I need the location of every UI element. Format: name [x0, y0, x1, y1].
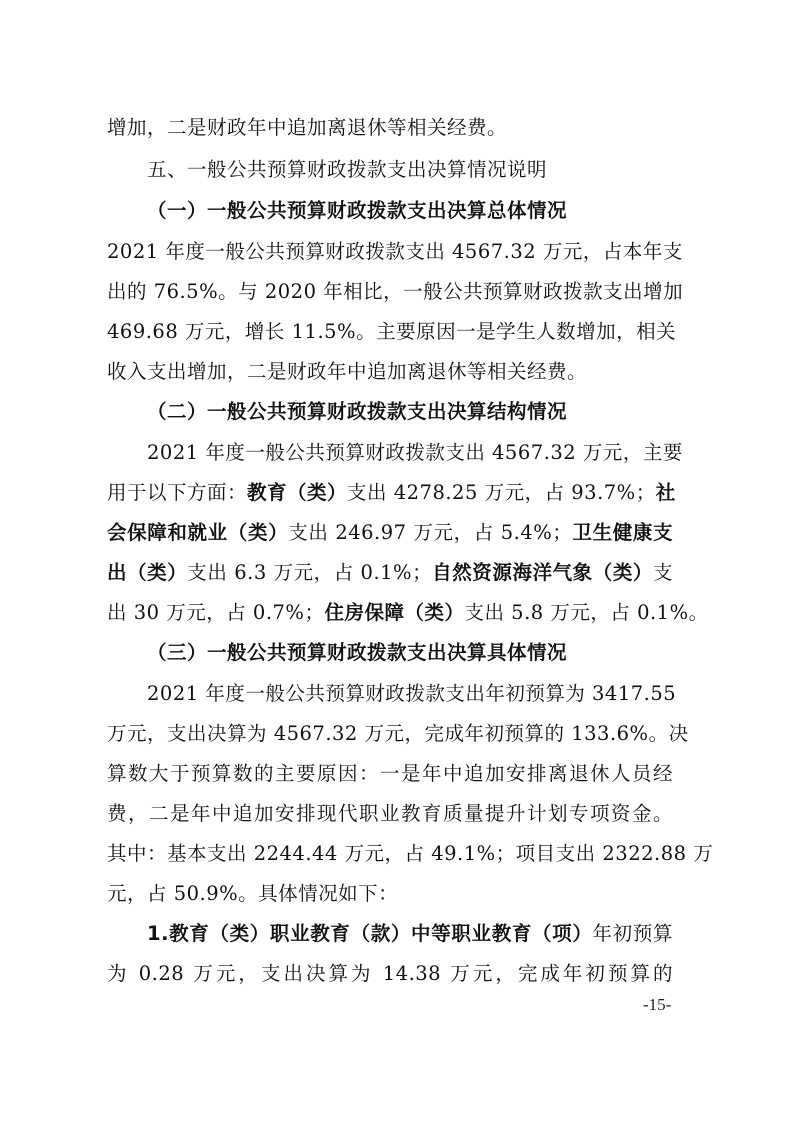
paragraph-line: 增加，二是财政年中追加离退休等相关经费。 — [107, 108, 673, 148]
item-title: 1.教育（类）职业教育（款）中等职业教育（项） — [147, 922, 593, 945]
paragraph-line: 会保障和就业（类）支出 246.97 万元，占 5.4%；卫生健康支 — [107, 513, 673, 553]
text-run: 支 — [653, 561, 673, 584]
section-heading-5: 五、一般公共预算财政拨款支出决算情况说明 — [147, 150, 713, 190]
item-heading-1: 1.教育（类）职业教育（款）中等职业教育（项）年初预算 — [147, 914, 673, 954]
text-run: 支出 4278.25 万元，占 93.7%； — [347, 481, 656, 504]
paragraph-line: 用于以下方面：教育（类）支出 4278.25 万元，占 93.7%；社 — [107, 473, 673, 513]
category-social-security-label: 会保障和就业（类） — [107, 521, 288, 544]
paragraph-line: 其中：基本支出 2244.44 万元，占 49.1%；项目支出 2322.88 … — [107, 834, 673, 874]
category-health-label: 出（类） — [107, 561, 187, 584]
paragraph-line: 万元，支出决算为 4567.32 万元，完成年初预算的 133.6%。决 — [107, 714, 673, 754]
page-number: -15- — [643, 995, 671, 1015]
category-natural-resources-label: 自然资源海洋气象（类） — [432, 561, 653, 584]
text-run: 支出 5.8 万元，占 0.1%。 — [464, 601, 708, 624]
subsection-heading-3: （三）一般公共预算财政拨款支出决算具体情况 — [147, 633, 713, 673]
paragraph-line: 2021 年度一般公共预算财政拨款支出 4567.32 万元，主要 — [147, 433, 673, 473]
text-run: 年初预算 — [593, 922, 673, 945]
subsection-heading-2: （二）一般公共预算财政拨款支出决算结构情况 — [147, 392, 713, 432]
category-health-label: 卫生健康支 — [572, 521, 673, 544]
document-page: 增加，二是财政年中追加离退休等相关经费。 五、一般公共预算财政拨款支出决算情况说… — [0, 0, 794, 1123]
category-housing-label: 住房保障（类） — [324, 601, 464, 624]
subsection-heading-1: （一）一般公共预算财政拨款支出决算总体情况 — [147, 191, 713, 231]
category-education-label: 教育（类） — [247, 481, 347, 504]
text-run: 支出 246.97 万元，占 5.4%； — [288, 521, 572, 544]
paragraph-line: 元，占 50.9%。具体情况如下： — [107, 874, 673, 914]
paragraph-line: 为 0.28 万元，支出决算为 14.38 万元，完成年初预算的 — [107, 954, 673, 994]
paragraph-line: 2021 年度一般公共预算财政拨款支出 4567.32 万元，占本年支 — [107, 232, 673, 272]
paragraph-line: 出的 76.5%。与 2020 年相比，一般公共预算财政拨款支出增加 — [107, 272, 673, 312]
paragraph-line: 出（类）支出 6.3 万元，占 0.1%；自然资源海洋气象（类）支 — [107, 553, 673, 593]
paragraph-line: 算数大于预算数的主要原因：一是年中追加安排离退休人员经 — [107, 754, 673, 794]
paragraph-line: 收入支出增加，二是财政年中追加离退休等相关经费。 — [107, 352, 673, 392]
paragraph-line: 469.68 万元，增长 11.5%。主要原因一是学生人数增加，相关 — [107, 312, 673, 352]
text-run: 出 30 万元，占 0.7%； — [107, 601, 324, 624]
category-social-security-label: 社 — [656, 481, 676, 504]
paragraph-line: 费，二是年中追加安排现代职业教育质量提升计划专项资金。 — [107, 794, 673, 834]
text-run: 用于以下方面： — [107, 481, 247, 504]
paragraph-line: 2021 年度一般公共预算财政拨款支出年初预算为 3417.55 — [147, 674, 673, 714]
paragraph-line: 出 30 万元，占 0.7%；住房保障（类）支出 5.8 万元，占 0.1%。 — [107, 593, 673, 633]
text-run: 支出 6.3 万元，占 0.1%； — [187, 561, 432, 584]
